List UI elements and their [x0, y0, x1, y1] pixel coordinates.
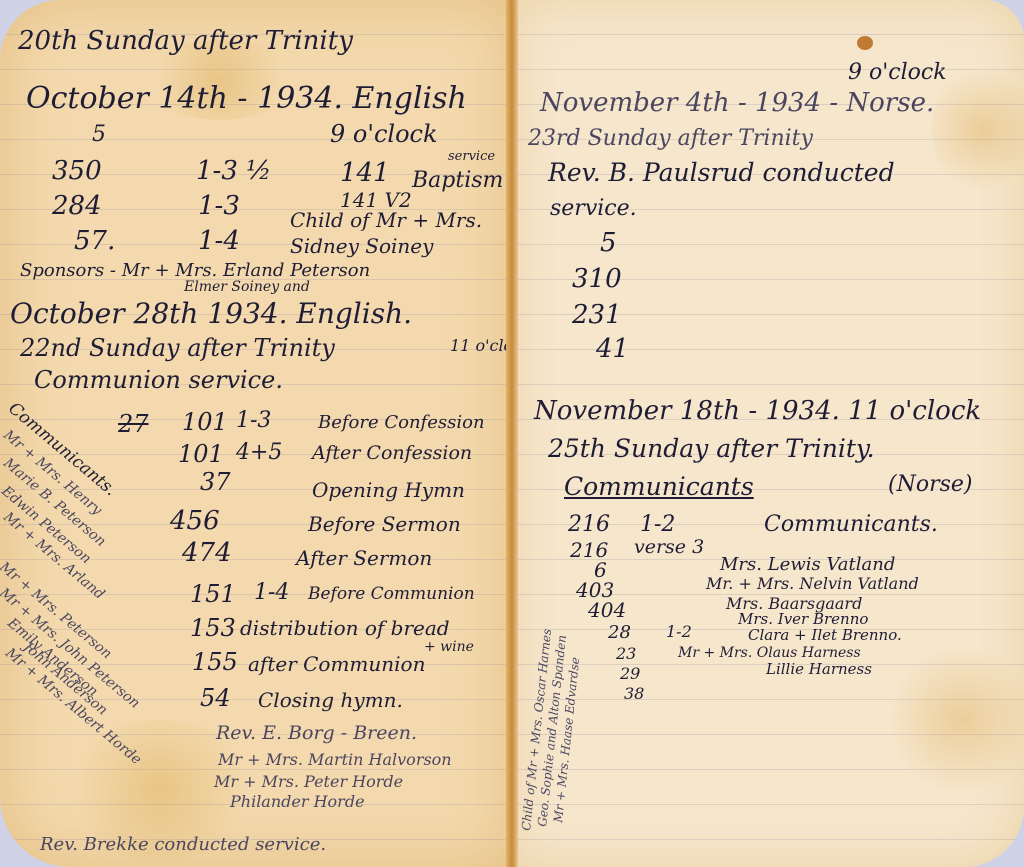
hymn-verses: 1-3 [198, 193, 240, 219]
hymn-number: 231 [572, 302, 622, 328]
baptism-child: Child of Mr + Mrs. [290, 210, 482, 230]
hymn-label: after Communion [248, 654, 425, 674]
baptism-hymn-2: 141 V2 [340, 190, 412, 210]
hymn-verses: verse 3 [634, 538, 704, 557]
hymn-label: Before Confession [318, 414, 485, 432]
hymn-verses: 1-4 [254, 582, 289, 604]
date-heading-oct28: October 28th 1934. English. [10, 300, 412, 328]
communicant-name: Mrs. Iver Brenno [738, 612, 868, 627]
struck-hymn-number: 27 [118, 412, 149, 436]
date-heading-nov4: November 4th - 1934 - Norse. [540, 90, 934, 116]
hymn-number: 284 [52, 193, 102, 219]
communicant-name: Philander Horde [230, 794, 365, 810]
hymn-number: 216 [570, 540, 608, 560]
hymn-number: 153 [190, 616, 236, 640]
hymn-label: + wine [424, 640, 474, 654]
baptism-label: Baptism [412, 170, 503, 192]
hymn-label: Before Communion [308, 586, 475, 603]
hymn-number: 5 [600, 230, 617, 256]
hymn-number: 29 [620, 666, 640, 682]
hymn-label: Closing hymn. [258, 690, 403, 710]
hymn-label: distribution of bread [240, 618, 450, 638]
hymn-number: 5 [92, 124, 106, 146]
hymn-number: 41 [596, 336, 629, 362]
communicant-name: Rev. E. Borg - Breen. [216, 724, 417, 743]
hymn-number: 474 [182, 540, 232, 566]
sunday-heading-nov18: 25th Sunday after Trinity. [548, 436, 875, 461]
hymn-number: 37 [200, 470, 231, 494]
footer-note: Rev. Brekke conducted service. [40, 836, 326, 854]
communicant-name: Mr + Mrs. Peter Horde [214, 774, 403, 790]
sponsors-line-2: Elmer Soiney and [184, 280, 310, 294]
service-note: service [448, 150, 495, 163]
hymn-verses: 4+5 [236, 442, 282, 464]
hymn-label: Opening Hymn [312, 480, 465, 500]
sunday-heading-oct28: 22nd Sunday after Trinity [20, 336, 335, 360]
hymn-number: 6 [594, 560, 607, 580]
conducted-note-2: service. [550, 198, 637, 220]
conducted-note: Rev. B. Paulsrud conducted [548, 160, 895, 185]
hymn-number: 403 [576, 580, 614, 600]
hymn-label: After Confession [312, 444, 472, 463]
communicants-heading: Communicants [564, 474, 754, 499]
hymn-number: 54 [200, 686, 231, 710]
communicants-label: Communicants. [764, 514, 938, 536]
hymn-number: 404 [588, 600, 626, 620]
baptism-parents: Sidney Soiney [290, 236, 433, 256]
service-time-oct28: 11 o'clock [450, 338, 512, 354]
language-note: (Norse) [888, 474, 973, 496]
service-type: Communion service. [34, 368, 283, 392]
baptism-hymn: 141 [340, 160, 390, 186]
hymn-verses: 1-2 [640, 514, 675, 536]
hymn-verses: 1-4 [198, 228, 240, 254]
right-page-content: 9 o'clock November 4th - 1934 - Norse. 2… [512, 0, 1024, 867]
hymn-number: 216 [568, 514, 610, 536]
communicant-name: Mr. + Mrs. Nelvin Vatland [706, 576, 919, 592]
hymn-verses: 1-3 ½ [196, 158, 271, 184]
hymn-label: Before Sermon [308, 514, 461, 534]
hymn-number: 101 [182, 410, 228, 434]
hymn-number: 23 [616, 646, 636, 662]
communicant-name: Mrs. Lewis Vatland [720, 556, 895, 574]
hymn-number: 28 [608, 624, 631, 642]
hymn-number: 151 [190, 582, 236, 606]
sunday-heading-oct14: 20th Sunday after Trinity [18, 28, 353, 54]
sponsors-line: Sponsors - Mr + Mrs. Erland Peterson [20, 262, 370, 280]
date-heading-oct14: October 14th - 1934. English [26, 84, 467, 114]
hymn-number: 57. [74, 228, 115, 254]
hymn-verses: 1-3 [236, 410, 271, 432]
hymn-number: 456 [170, 508, 220, 534]
hymn-number: 155 [192, 650, 238, 674]
communicant-name: Clara + Ilet Brenno. [748, 628, 902, 643]
date-heading-nov18: November 18th - 1934. 11 o'clock [534, 398, 981, 424]
hymn-number: 350 [52, 158, 102, 184]
communicant-name: Mr + Mrs. Martin Halvorson [218, 752, 452, 768]
hymn-label: After Sermon [296, 548, 432, 568]
hymn-verses: 1-2 [666, 624, 692, 640]
hymn-number: 310 [572, 266, 622, 292]
hymn-number: 101 [178, 442, 224, 466]
service-time-oct14: 9 o'clock [330, 122, 438, 146]
hymn-number: 38 [624, 686, 644, 702]
sunday-heading-nov4: 23rd Sunday after Trinity [528, 128, 813, 150]
communicant-name: Mr + Mrs. Olaus Harness [678, 646, 861, 660]
service-time-nov4: 9 o'clock [848, 62, 947, 84]
left-page: 20th Sunday after Trinity October 14th -… [0, 0, 512, 867]
communicant-name: Lillie Harness [766, 662, 872, 677]
